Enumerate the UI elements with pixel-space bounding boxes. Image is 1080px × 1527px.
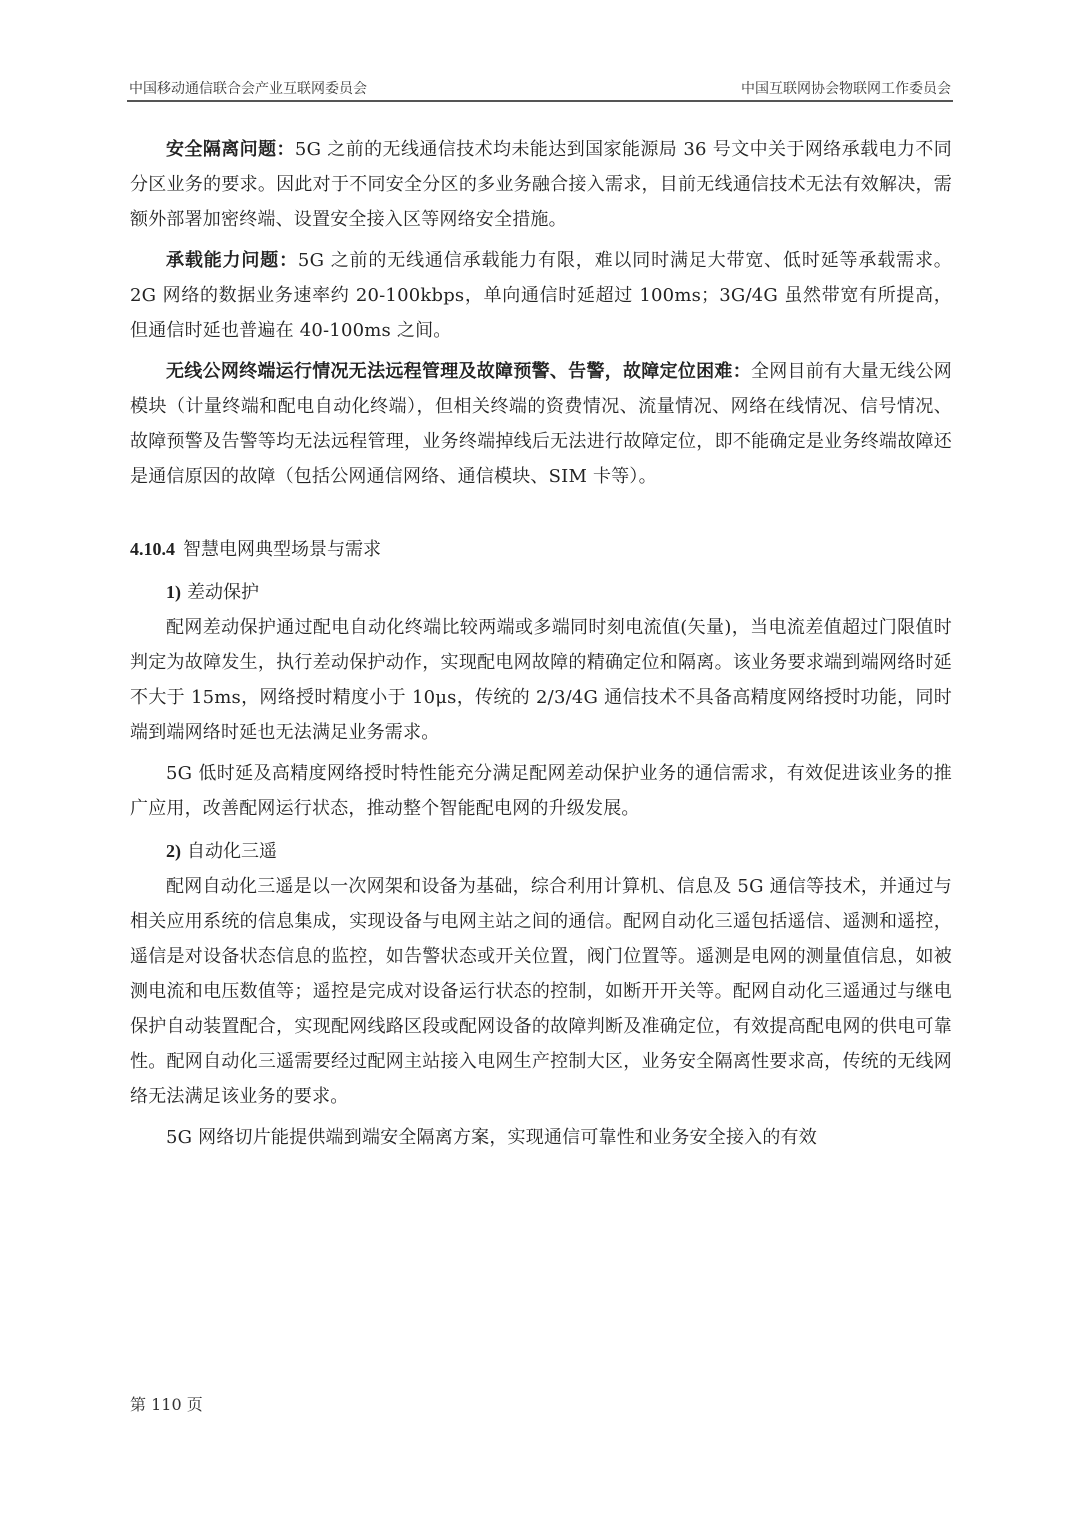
subsection-number: 2) (166, 841, 181, 861)
paragraph-security-isolation: 安全隔离问题：5G 之前的无线通信技术均未能达到国家能源局 36 号文中关于网络… (130, 132, 952, 237)
section-heading: 4.10.4智慧电网典型场景与需求 (130, 532, 952, 567)
subsection-title: 差动保护 (187, 582, 259, 603)
subsection-heading-2: 2)自动化三遥 (130, 834, 952, 869)
paragraph-5g-slicing: 5G 网络切片能提供端到端安全隔离方案，实现通信可靠性和业务安全接入的有效 (130, 1120, 952, 1155)
paragraph-lead: 无线公网终端运行情况无法远程管理及故障预警、告警，故障定位困难： (166, 361, 751, 382)
paragraph-differential-protection: 配网差动保护通过配电自动化终端比较两端或多端同时刻电流值(矢量)，当电流差值超过… (130, 610, 952, 750)
page-body: 安全隔离问题：5G 之前的无线通信技术均未能达到国家能源局 36 号文中关于网络… (130, 132, 952, 1155)
paragraph-5g-differential: 5G 低时延及高精度网络授时特性能充分满足配网差动保护业务的通信需求，有效促进该… (130, 756, 952, 826)
subsection-title: 自动化三遥 (187, 841, 277, 862)
paragraph-terminal-management: 无线公网终端运行情况无法远程管理及故障预警、告警，故障定位困难：全网目前有大量无… (130, 354, 952, 494)
paragraph-lead: 安全隔离问题： (166, 139, 295, 160)
section-title: 智慧电网典型场景与需求 (183, 539, 381, 560)
paragraph-lead: 承载能力问题： (166, 250, 298, 271)
header-left-org: 中国移动通信联合会产业互联网委员会 (129, 78, 367, 98)
subsection-heading-1: 1)差动保护 (130, 575, 952, 610)
paragraph-automation-three-remote: 配网自动化三遥是以一次网架和设备为基础，综合利用计算机、信息及 5G 通信等技术… (130, 869, 952, 1114)
header-right-org: 中国互联网协会物联网工作委员会 (741, 78, 951, 98)
paragraph-capacity: 承载能力问题：5G 之前的无线通信承载能力有限，难以同时满足大带宽、低时延等承载… (130, 243, 952, 348)
section-number: 4.10.4 (130, 539, 175, 559)
subsection-number: 1) (166, 582, 181, 602)
page-number: 第 110 页 (130, 1392, 203, 1415)
page-header: 中国移动通信联合会产业互联网委员会 中国互联网协会物联网工作委员会 (127, 76, 953, 102)
